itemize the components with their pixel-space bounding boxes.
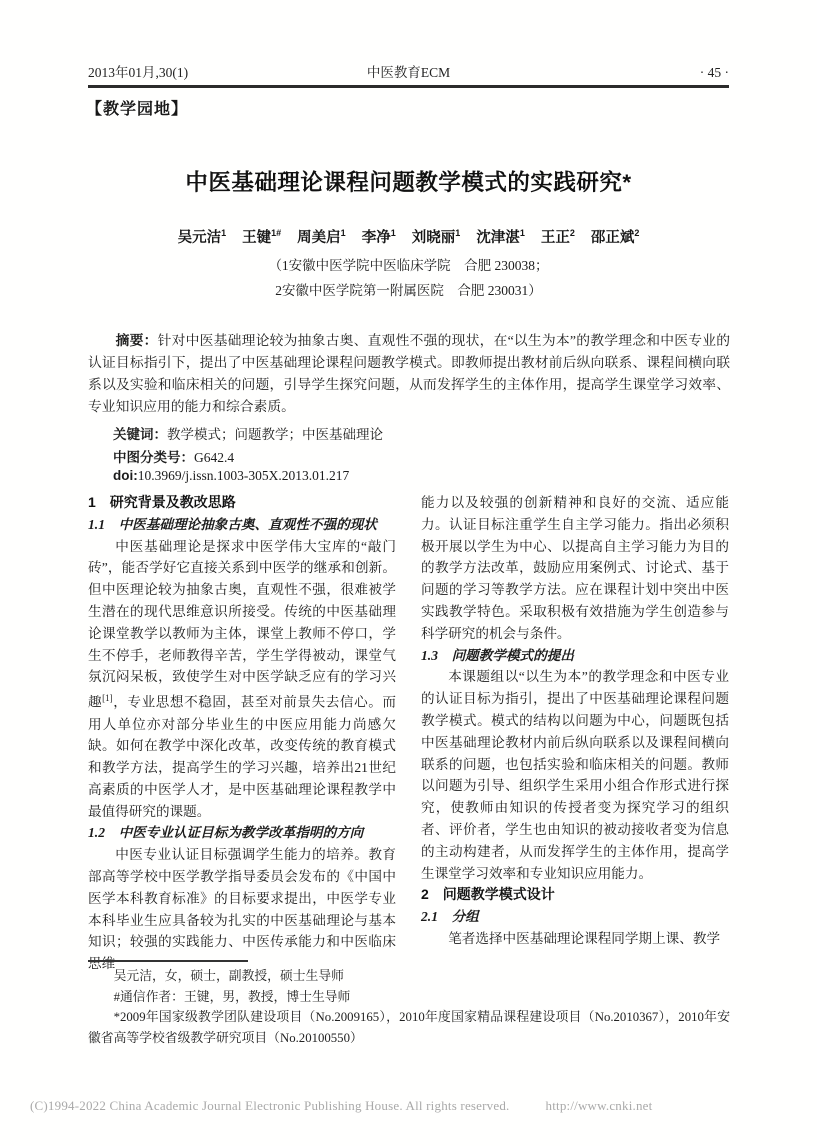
section-heading-1: 1 研究背景及教改思路 <box>88 492 396 514</box>
paragraph: 中医专业认证目标强调学生能力的培养。教育部高等学校中医学教学指导委员会发布的《中… <box>88 844 396 975</box>
body-column-right: 能力以及较强的创新精神和良好的交流、适应能力。认证目标注重学生自主学习能力。指出… <box>421 492 729 950</box>
doi-number: 10.3969/j.issn.1003-305X.2013.01.217 <box>138 468 350 483</box>
abstract: 摘要：针对中医基础理论较为抽象古奥、直观性不强的现状，在“以生为本”的教学理念和… <box>88 330 730 418</box>
cnki-url: http://www.cnki.net <box>546 1098 653 1113</box>
clc-number: G642.4 <box>194 450 234 465</box>
footnote-rule <box>88 960 248 962</box>
footnote-corresponding-author: #通信作者：王键，男，教授，博士生导师 <box>88 987 730 1008</box>
keywords-text: 教学模式；问题教学；中医基础理论 <box>167 427 383 442</box>
affiliation-line-1: （1安徽中医学院中医临床学院 合肥 230038； <box>0 254 817 274</box>
doi-line: doi:10.3969/j.issn.1003-305X.2013.01.217 <box>88 468 730 484</box>
doi-label: doi: <box>113 468 138 483</box>
clc-line: 中图分类号：G642.4 <box>88 446 730 466</box>
article-title: 中医基础理论课程问题教学模式的实践研究* <box>0 165 817 197</box>
clc-label: 中图分类号： <box>113 450 194 465</box>
paragraph: 本课题组以“以生为本”的教学理念和中医专业的认证目标为指引，提出了中医基础理论课… <box>421 666 729 884</box>
section-heading-2: 2 问题教学模式设计 <box>421 884 729 906</box>
header-rule <box>88 85 729 88</box>
subsection-heading-1-3: 1.3 问题教学模式的提出 <box>421 645 729 667</box>
footnote-author-bio: 吴元洁，女，硕士，副教授，硕士生导师 <box>88 966 730 987</box>
author: 沈津湛1 <box>476 230 525 246</box>
abstract-text: 针对中医基础理论较为抽象古奥、直观性不强的现状，在“以生为本”的教学理念和中医专… <box>88 333 730 414</box>
author: 吴元洁1 <box>178 230 227 246</box>
author-line: 吴元洁1 王键1# 周美启1 李净1 刘晓丽1 沈津湛1 王正2 邵正斌2 <box>0 226 817 247</box>
journal-page: 2013年01月,30(1) 中医教育ECM · 45 · 【教学园地】 中医基… <box>0 0 817 1146</box>
author: 王键1# <box>242 230 281 246</box>
author: 周美启1 <box>297 230 346 246</box>
keywords-label: 关键词： <box>113 427 167 442</box>
body-column-left: 1 研究背景及教改思路 1.1 中医基础理论抽象古奥、直观性不强的现状 中医基础… <box>88 492 396 975</box>
subsection-heading-1-2: 1.2 中医专业认证目标为教学改革指明的方向 <box>88 822 396 844</box>
author: 刘晓丽1 <box>412 230 461 246</box>
keywords-line: 关键词：教学模式；问题教学；中医基础理论 <box>88 423 730 443</box>
abstract-label: 摘要： <box>116 333 158 348</box>
copyright-text: (C)1994-2022 China Academic Journal Elec… <box>30 1098 510 1113</box>
section-label: 【教学园地】 <box>86 96 188 119</box>
footnote-funding: *2009年国家级教学团队建设项目（No.2009165），2010年度国家精品… <box>88 1007 730 1048</box>
footnotes: 吴元洁，女，硕士，副教授，硕士生导师 #通信作者：王键，男，教授，博士生导师 *… <box>88 966 730 1048</box>
author: 邵正斌2 <box>591 230 640 246</box>
subsection-heading-1-1: 1.1 中医基础理论抽象古奥、直观性不强的现状 <box>88 514 396 536</box>
paragraph: 中医基础理论是探求中医学伟大宝库的“敲门砖”，能否学好它直接关系到中医学的继承和… <box>88 536 396 823</box>
affiliation-line-2: 2安徽中医学院第一附属医院 合肥 230031） <box>0 279 817 299</box>
journal-name: 中医教育ECM <box>88 61 729 81</box>
cnki-copyright-bar: (C)1994-2022 China Academic Journal Elec… <box>30 1098 787 1114</box>
subsection-heading-2-1: 2.1 分组 <box>421 906 729 928</box>
paragraph: 笔者选择中医基础理论课程同学期上课、教学 <box>421 928 729 950</box>
running-head: 2013年01月,30(1) 中医教育ECM · 45 · <box>88 61 729 81</box>
citation-ref: [1] <box>102 693 113 703</box>
author: 王正2 <box>541 230 575 246</box>
paragraph-continuation: 能力以及较强的创新精神和良好的交流、适应能力。认证目标注重学生自主学习能力。指出… <box>421 492 729 645</box>
author: 李净1 <box>362 230 396 246</box>
